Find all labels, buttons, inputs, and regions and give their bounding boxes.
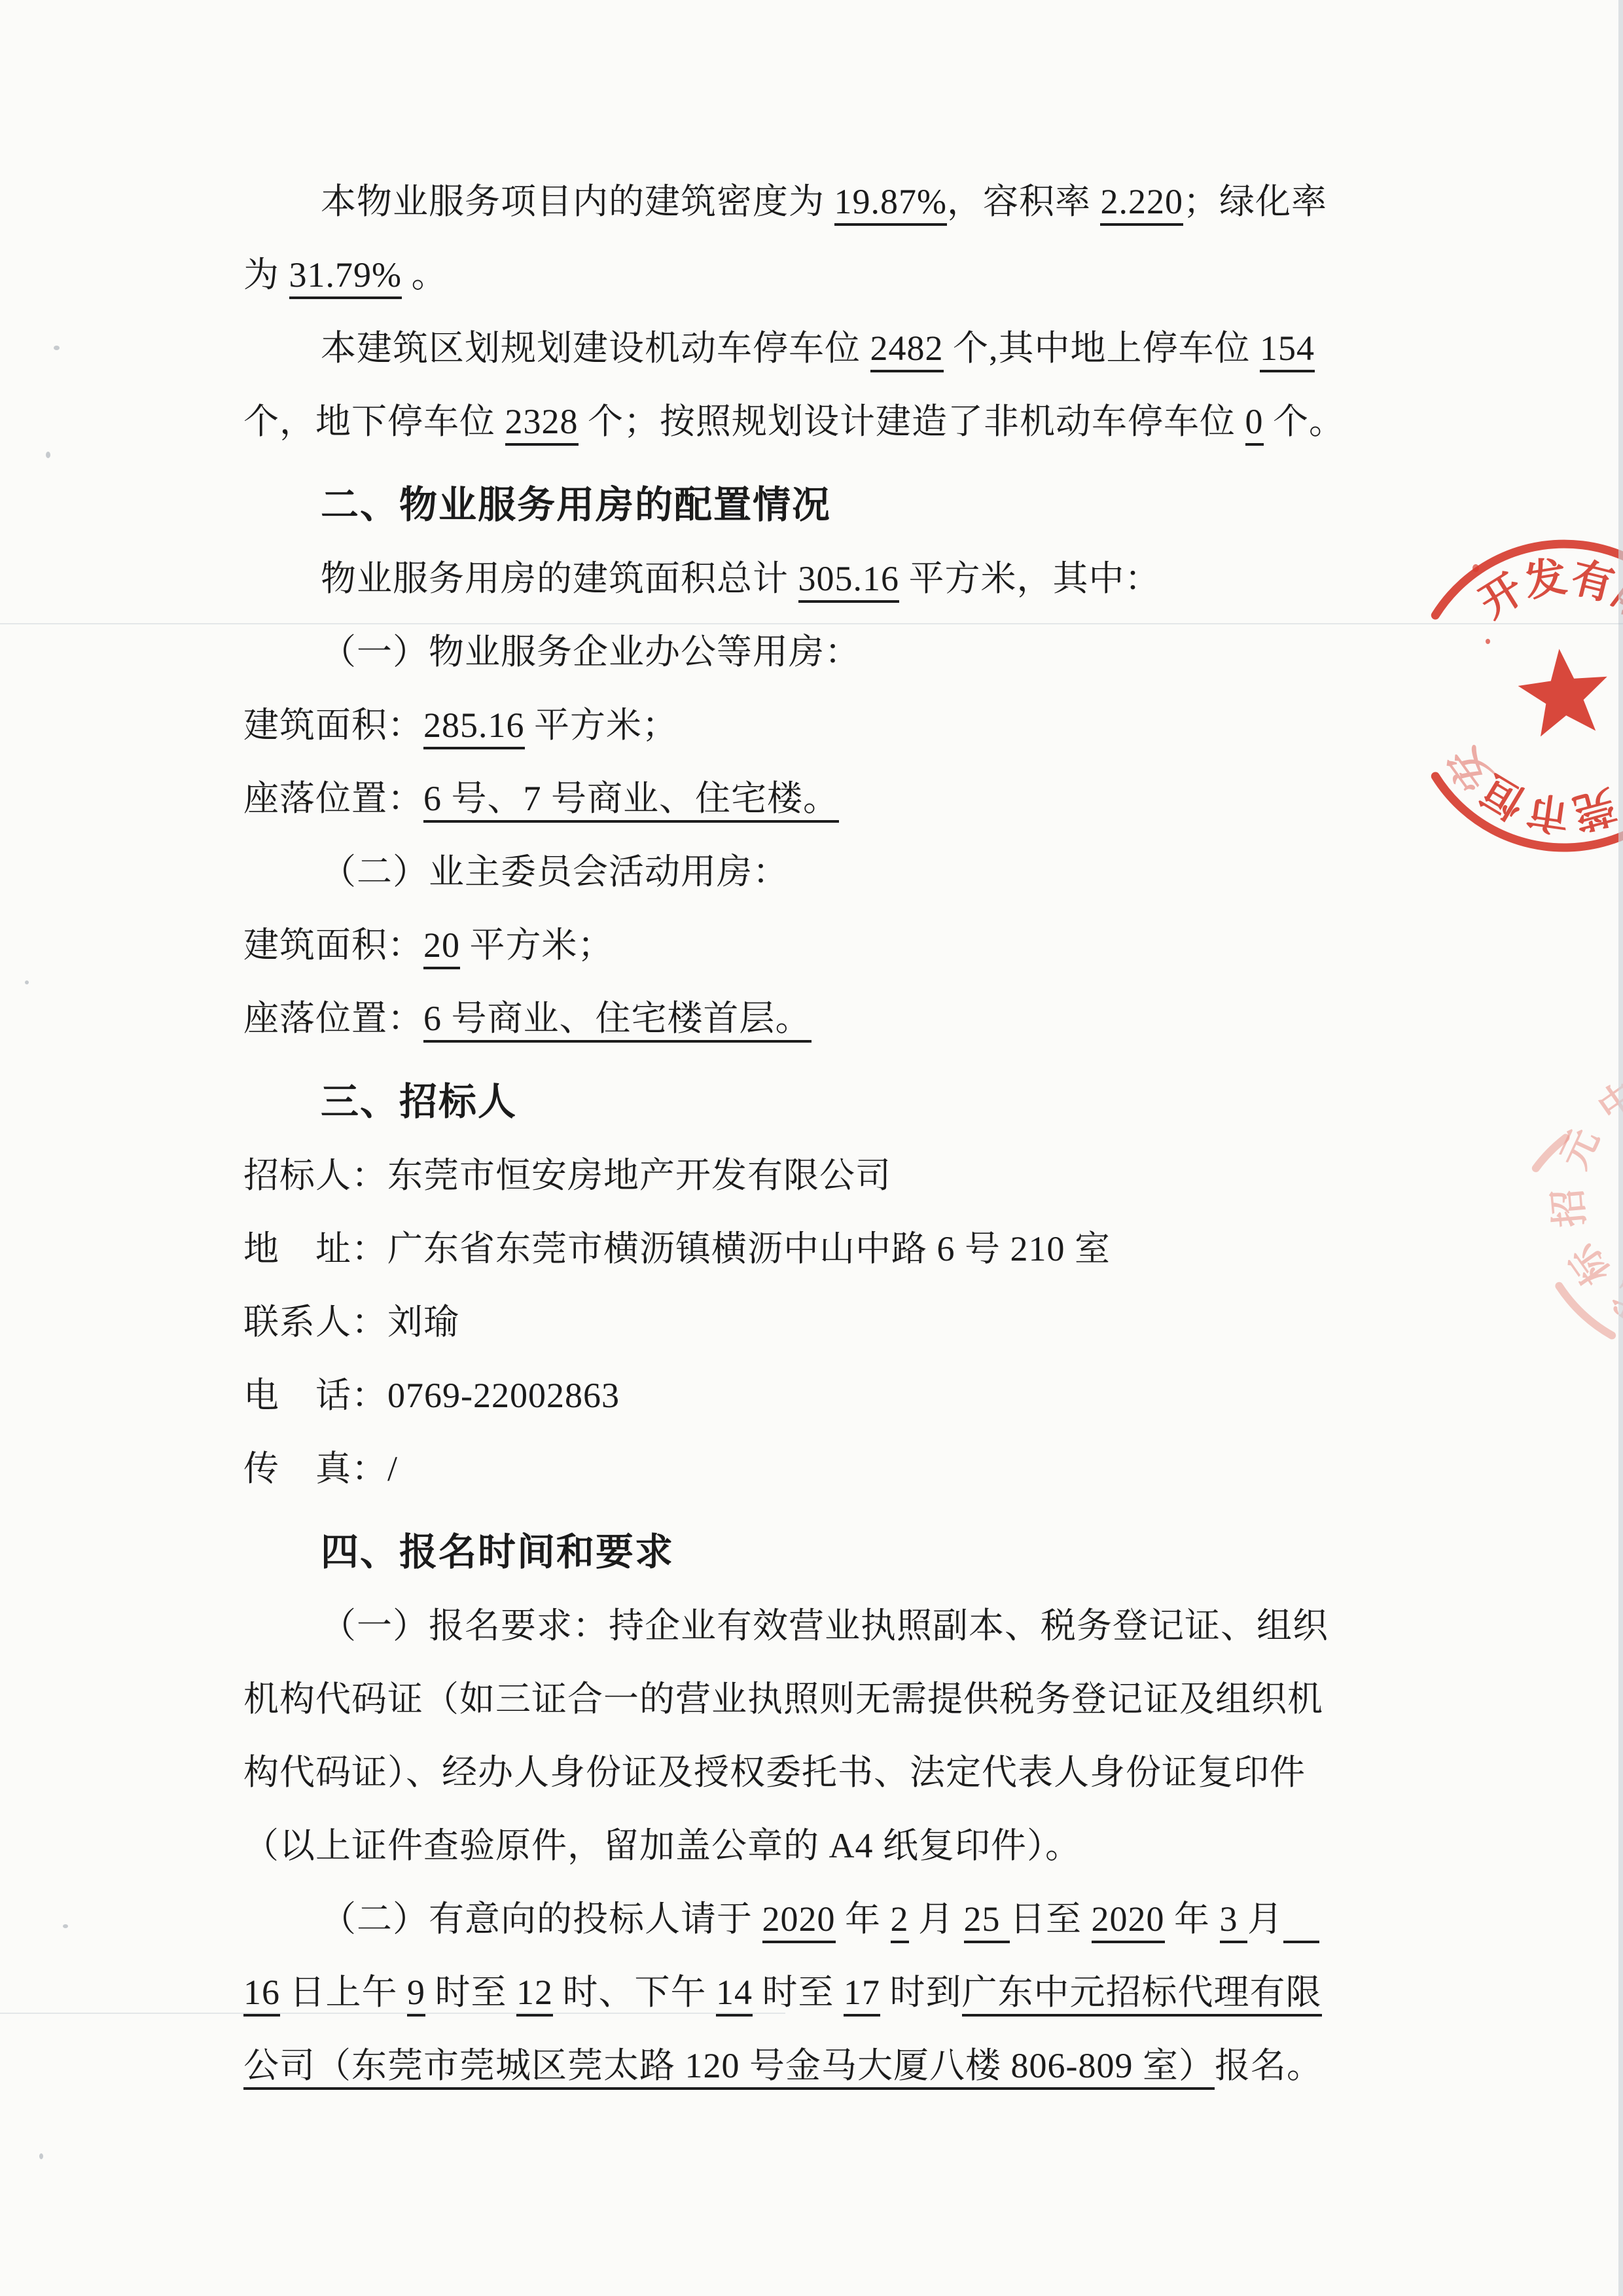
text-segment: 个；按照规划设计建造了非机动车停车位	[579, 402, 1245, 441]
underlined-value: 285.16	[423, 706, 525, 749]
text-segment: 招标人：东莞市恒安房地产开发有限公司	[243, 1156, 891, 1195]
document-line: 本建筑区划规划建设机动车停车位 2482 个,其中地上停车位 154	[243, 312, 1395, 385]
document-line: （一）物业服务企业办公等用房：	[243, 615, 1395, 689]
section-heading: 三、招标人	[243, 1066, 1395, 1139]
ink-dot	[1486, 639, 1490, 644]
document-line: 联系人：刘瑜	[243, 1285, 1395, 1359]
document-line: （二）有意向的投标人请于 2020 年 2 月 25 日至 2020 年 3 月	[243, 1882, 1395, 1956]
text-segment: 时至	[753, 1973, 844, 2012]
underlined-value: 0	[1245, 402, 1264, 446]
text-segment: 个，地下停车位	[243, 402, 505, 441]
document-line: 座落位置：6 号商业、住宅楼首层。	[243, 982, 1395, 1055]
document-line: （以上证件查验原件，留加盖公章的 A4 纸复印件）。	[243, 1809, 1395, 1882]
document-line: （一）报名要求：持企业有效营业执照副本、税务登记证、组织	[243, 1589, 1395, 1662]
document-line: 16 日上午 9 时至 12 时、下午 14 时至 17 时到广东中元招标代理有…	[243, 1956, 1395, 2029]
text-segment: 月	[1247, 1899, 1283, 1939]
underlined-value: 9	[407, 1973, 425, 2017]
text-segment: 为	[243, 255, 289, 295]
underlined-value: 14	[716, 1973, 753, 2017]
faded-seal-char: 招	[1546, 1187, 1592, 1229]
document-line: 招标人：东莞市恒安房地产开发有限公司	[243, 1139, 1395, 1212]
document-line: （二）业主委员会活动用房：	[243, 835, 1395, 908]
faded-seal-char: 元	[1552, 1122, 1607, 1175]
document-line: 座落位置：6 号、7 号商业、住宅楼。	[243, 762, 1395, 835]
text-segment: 四、报名时间和要求	[321, 1531, 674, 1573]
scan-speck	[63, 1924, 68, 1928]
text-segment: 电 话：0769-22002863	[243, 1376, 620, 1415]
section-heading: 四、报名时间和要求	[243, 1516, 1395, 1589]
section-heading: 二、物业服务用房的配置情况	[243, 469, 1395, 542]
document-line: 传 真：/	[243, 1432, 1395, 1505]
underlined-value: 31.79%	[289, 255, 402, 299]
underlined-value: 2482	[870, 329, 944, 372]
text-segment: 日至	[1010, 1899, 1092, 1939]
text-segment: 报名。	[1215, 2046, 1323, 2085]
faded-seal-stamp: 中 元 招 标 代	[1456, 969, 1623, 1427]
text-segment: （一）报名要求：持企业有效营业执照副本、税务登记证、组织	[321, 1606, 1329, 1645]
text-segment: 本物业服务项目内的建筑密度为	[321, 182, 834, 221]
document-line: 公司（东莞市莞城区莞太路 120 号金马大厦八楼 806-809 室）报名。	[243, 2029, 1395, 2102]
underlined-value: 12	[516, 1973, 553, 2017]
underlined-value: 公司（东莞市莞城区莞太路 120 号金马大厦八楼 806-809 室）	[243, 2046, 1215, 2090]
underlined-value: 154	[1260, 329, 1315, 372]
text-segment: 构代码证）、经办人身份证及授权委托书、法定代表人身份证复印件	[243, 1753, 1306, 1792]
text-segment: 时到	[880, 1973, 962, 2012]
document-line: 建筑面积：20 平方米；	[243, 908, 1395, 982]
scan-speck	[25, 980, 29, 984]
text-segment: 平方米；	[460, 925, 614, 965]
text-segment: 平方米；	[525, 706, 679, 745]
text-segment: （以上证件查验原件，留加盖公章的 A4 纸复印件）。	[243, 1826, 1081, 1865]
scan-speck	[54, 346, 60, 350]
document-line: 机构代码证（如三证合一的营业执照则无需提供税务登记证及组织机	[243, 1662, 1395, 1736]
underlined-value: 广东中元招标代理有限	[962, 1973, 1322, 2017]
document-line: 构代码证）、经办人身份证及授权委托书、法定代表人身份证复印件	[243, 1736, 1395, 1809]
seal-ring-char: 开	[1472, 565, 1532, 626]
underlined-value: 17	[844, 1973, 880, 2017]
scan-streak	[0, 2013, 785, 2014]
document-line: 建筑面积：285.16 平方米；	[243, 689, 1395, 762]
seal-ring-char: 莞	[1568, 781, 1620, 837]
document-line: 物业服务用房的建筑面积总计 305.16 平方米，其中：	[243, 542, 1395, 615]
document-page: 本物业服务项目内的建筑密度为 19.87%，容积率 2.220；绿化率为 31.…	[0, 0, 1623, 2296]
document-line: 本物业服务项目内的建筑密度为 19.87%，容积率 2.220；绿化率	[243, 165, 1395, 238]
text-segment: （二）有意向的投标人请于	[321, 1899, 762, 1939]
text-segment: 二、物业服务用房的配置情况	[321, 484, 831, 526]
text-segment: 建筑面积：	[243, 706, 423, 745]
faded-seal-arc	[1559, 1286, 1612, 1336]
text-segment: （一）物业服务企业办公等用房：	[321, 632, 861, 672]
text-segment: 。	[402, 255, 448, 295]
text-segment: 个。	[1264, 402, 1346, 441]
underlined-value: 305.16	[798, 559, 900, 603]
underlined-value: 2328	[505, 402, 579, 446]
document-line: 个，地下停车位 2328 个；按照规划设计建造了非机动车停车位 0 个。	[243, 385, 1395, 458]
text-segment: 传 真：/	[243, 1449, 398, 1488]
text-segment: 年	[836, 1899, 891, 1939]
text-segment: 机构代码证（如三证合一的营业执照则无需提供税务登记证及组织机	[243, 1679, 1323, 1719]
text-segment: ；绿化率	[1183, 182, 1327, 221]
seal-ring-char: 发	[1522, 553, 1570, 605]
text-segment: 建筑面积：	[243, 925, 423, 965]
text-segment: 本建筑区划规划建设机动车停车位	[321, 329, 870, 368]
underlined-value: 2.220	[1100, 182, 1183, 226]
company-seal-stamp: 开 发 有 限 安 恒 市 莞	[1335, 467, 1623, 925]
underlined-value: 6 号商业、住宅楼首层。	[423, 999, 811, 1043]
document-line: 电 话：0769-22002863	[243, 1359, 1395, 1432]
underlined-value: 16	[243, 1973, 280, 2017]
text-segment: 时至	[425, 1973, 516, 2012]
underlined-value: 6 号、7 号商业、住宅楼。	[423, 779, 839, 823]
text-segment: 地 址：广东省东莞市横沥镇横沥中山中路 6 号 210 室	[243, 1229, 1111, 1268]
scan-speck	[39, 2153, 43, 2159]
document-line: 为 31.79% 。	[243, 238, 1395, 312]
star-icon	[1514, 644, 1613, 738]
underlined-value	[1283, 1899, 1319, 1943]
faded-seal-char: 标	[1561, 1236, 1618, 1292]
text-segment: 日上午	[280, 1973, 407, 2012]
text-segment: 三、招标人	[321, 1081, 517, 1123]
scan-speck	[46, 452, 50, 458]
text-segment: 时、下午	[553, 1973, 716, 2012]
text-segment: 座落位置：	[243, 999, 423, 1038]
underlined-value: 19.87%	[834, 182, 947, 226]
document-body: 本物业服务项目内的建筑密度为 19.87%，容积率 2.220；绿化率为 31.…	[243, 165, 1395, 2102]
scan-edge-artifact	[1618, 0, 1623, 2296]
text-segment: 联系人：刘瑜	[243, 1302, 459, 1342]
document-line: 地 址：广东省东莞市横沥镇横沥中山中路 6 号 210 室	[243, 1212, 1395, 1285]
text-segment: 平方米，其中：	[899, 559, 1161, 598]
underlined-value: 2020	[1092, 1899, 1165, 1943]
seal-ring-char: 市	[1524, 787, 1572, 838]
underlined-value: 2020	[762, 1899, 836, 1943]
text-segment: 年	[1165, 1899, 1220, 1939]
text-segment: 个,其中地上停车位	[944, 329, 1260, 368]
text-segment: ，容积率	[947, 182, 1101, 221]
text-segment: 座落位置：	[243, 779, 423, 818]
text-segment: 物业服务用房的建筑面积总计	[321, 559, 798, 598]
text-segment: 月	[909, 1899, 964, 1939]
underlined-value: 25	[964, 1899, 1010, 1943]
underlined-value: 3	[1220, 1899, 1248, 1943]
underlined-value: 2	[891, 1899, 909, 1943]
scan-streak	[0, 623, 1623, 624]
underlined-value: 20	[423, 925, 460, 969]
text-segment: （二）业主委员会活动用房：	[321, 852, 789, 891]
ink-dot	[1472, 564, 1479, 572]
